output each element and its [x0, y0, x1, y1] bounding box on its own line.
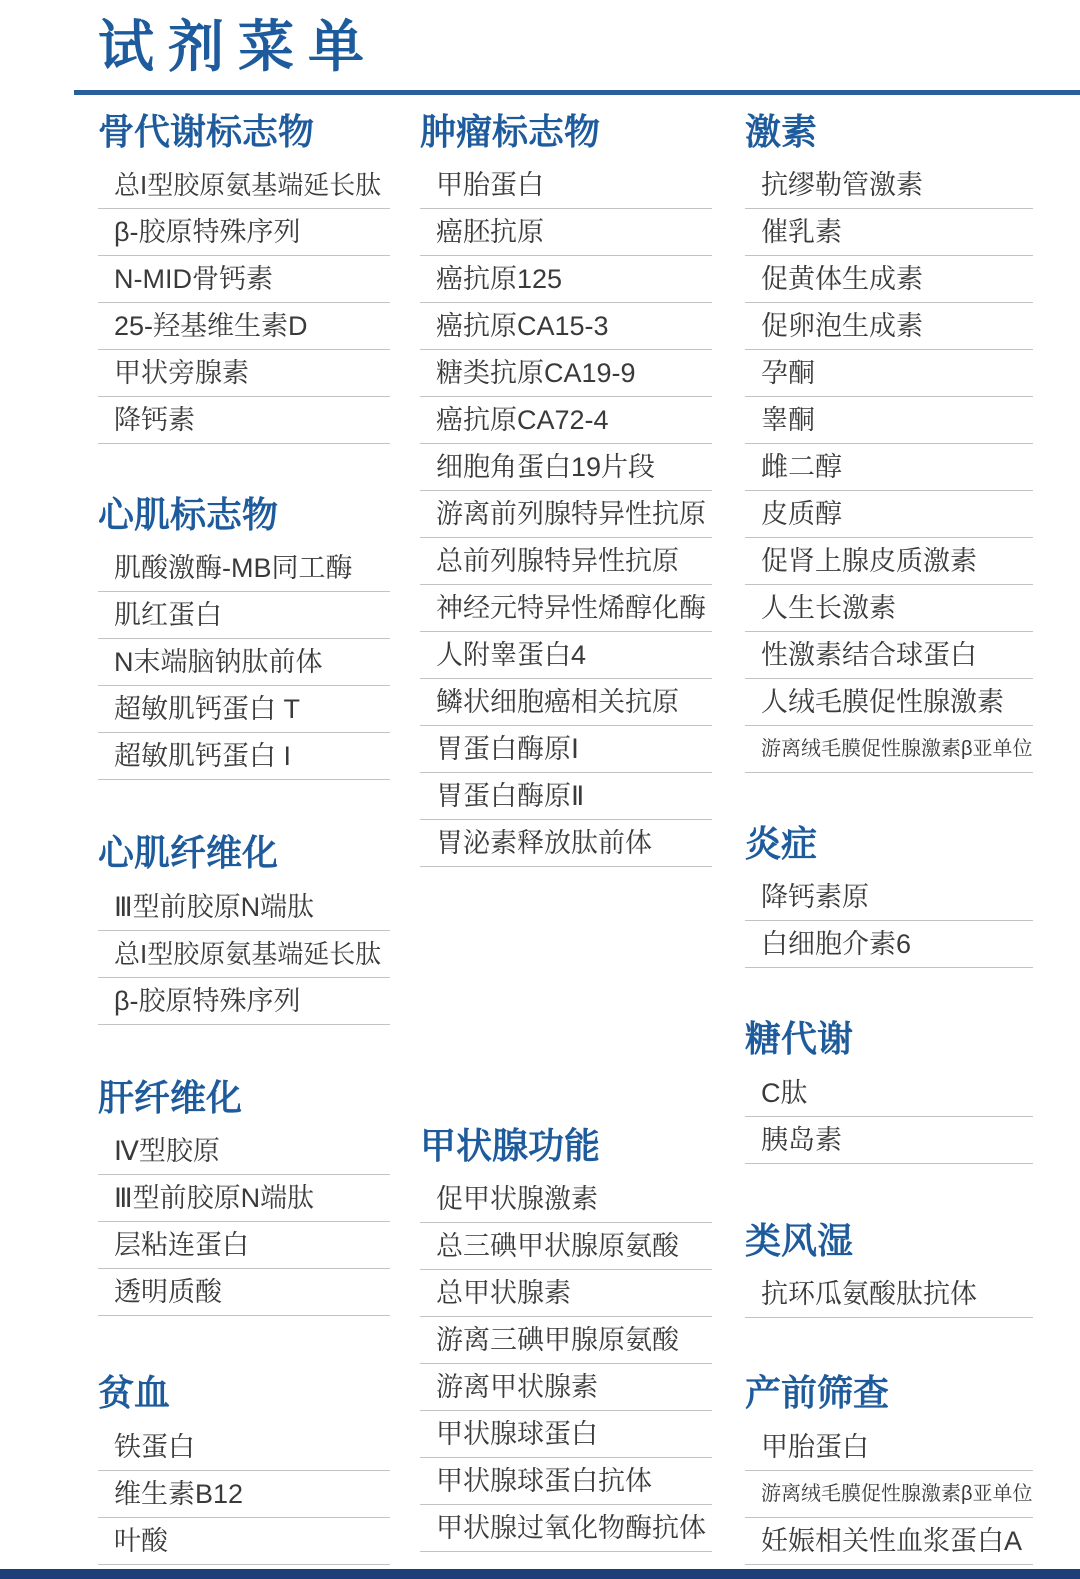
section-item-list: 总I型胶原氨基端延长肽β-胶原特殊序列N-MID骨钙素25-羟基维生素D甲状旁腺… [98, 162, 390, 444]
menu-columns: 骨代谢标志物总I型胶原氨基端延长肽β-胶原特殊序列N-MID骨钙素25-羟基维生… [98, 111, 1080, 1565]
list-item: 25-羟基维生素D [98, 303, 390, 350]
list-item: 超敏肌钙蛋白 I [98, 733, 390, 780]
page-title: 试剂菜单 [98, 16, 1080, 78]
list-item: 白细胞介素6 [745, 921, 1033, 968]
list-item: 催乳素 [745, 209, 1033, 256]
list-item: 促黄体生成素 [745, 256, 1033, 303]
column-bone-cardiac: 骨代谢标志物总I型胶原氨基端延长肽β-胶原特殊序列N-MID骨钙素25-羟基维生… [98, 111, 390, 1565]
list-item: 胃蛋白酶原Ⅰ [420, 726, 712, 773]
section-tumor-markers: 肿瘤标志物甲胎蛋白癌胚抗原癌抗原125癌抗原CA15-3糖类抗原CA19-9癌抗… [420, 111, 712, 867]
list-item: 总I型胶原氨基端延长肽 [98, 162, 390, 209]
list-item: 人生长激素 [745, 585, 1033, 632]
list-item: 总前列腺特异性抗原 [420, 538, 712, 585]
list-item: 总I型胶原氨基端延长肽 [98, 931, 390, 978]
section-inflammation: 炎症降钙素原白细胞介素6 [745, 823, 1033, 968]
list-item: 游离绒毛膜促性腺激素β亚单位 [745, 1471, 1033, 1518]
list-item: 游离绒毛膜促性腺激素β亚单位 [745, 726, 1033, 773]
section-item-list: 促甲状腺激素总三碘甲状腺原氨酸总甲状腺素游离三碘甲腺原氨酸游离甲状腺素甲状腺球蛋… [420, 1176, 712, 1552]
section-title: 糖代谢 [745, 1018, 1033, 1059]
section-cardiac-markers: 心肌标志物肌酸激酶-MB同工酶肌红蛋白N末端脑钠肽前体超敏肌钙蛋白 T超敏肌钙蛋… [98, 494, 390, 780]
list-item: 透明质酸 [98, 1269, 390, 1316]
list-item: 肌酸激酶-MB同工酶 [98, 545, 390, 592]
list-item: 促肾上腺皮质激素 [745, 538, 1033, 585]
section-title: 甲状腺功能 [420, 1125, 712, 1166]
list-item: 肌红蛋白 [98, 592, 390, 639]
section-title: 骨代谢标志物 [98, 111, 390, 152]
list-item: 甲状腺过氧化物酶抗体 [420, 1505, 712, 1552]
section-liver-fibrosis: 肝纤维化Ⅳ型胶原Ⅲ型前胶原N端肽层粘连蛋白透明质酸 [98, 1077, 390, 1316]
list-item: 降钙素 [98, 397, 390, 444]
section-title: 炎症 [745, 823, 1033, 864]
list-item: 睾酮 [745, 397, 1033, 444]
section-item-list: 铁蛋白维生素B12叶酸 [98, 1424, 390, 1565]
column-hormones-misc: 激素抗缪勒管激素催乳素促黄体生成素促卵泡生成素孕酮睾酮雌二醇皮质醇促肾上腺皮质激… [745, 111, 1033, 1565]
list-item: 人附睾蛋白4 [420, 632, 712, 679]
section-title: 心肌纤维化 [98, 832, 390, 873]
list-item: β-胶原特殊序列 [98, 209, 390, 256]
list-item: Ⅲ型前胶原N端肽 [98, 884, 390, 931]
list-item: 癌抗原CA15-3 [420, 303, 712, 350]
list-item: 促卵泡生成素 [745, 303, 1033, 350]
section-title: 心肌标志物 [98, 494, 390, 535]
list-item: 糖类抗原CA19-9 [420, 350, 712, 397]
list-item: 孕酮 [745, 350, 1033, 397]
section-title: 激素 [745, 111, 1033, 152]
column-tumor-thyroid: 肿瘤标志物甲胎蛋白癌胚抗原癌抗原125癌抗原CA15-3糖类抗原CA19-9癌抗… [420, 111, 712, 1553]
list-item: 胰岛素 [745, 1117, 1033, 1164]
list-item: 神经元特异性烯醇化酶 [420, 585, 712, 632]
list-item: N-MID骨钙素 [98, 256, 390, 303]
section-item-list: 抗缪勒管激素催乳素促黄体生成素促卵泡生成素孕酮睾酮雌二醇皮质醇促肾上腺皮质激素人… [745, 162, 1033, 773]
list-item: 雌二醇 [745, 444, 1033, 491]
list-item: 游离前列腺特异性抗原 [420, 491, 712, 538]
list-item: Ⅳ型胶原 [98, 1128, 390, 1175]
section-item-list: Ⅳ型胶原Ⅲ型前胶原N端肽层粘连蛋白透明质酸 [98, 1128, 390, 1316]
list-item: 甲状旁腺素 [98, 350, 390, 397]
list-item: 性激素结合球蛋白 [745, 632, 1033, 679]
list-item: 总三碘甲状腺原氨酸 [420, 1223, 712, 1270]
list-item: 维生素B12 [98, 1471, 390, 1518]
list-item: 癌抗原125 [420, 256, 712, 303]
list-item: 细胞角蛋白19片段 [420, 444, 712, 491]
list-item: β-胶原特殊序列 [98, 978, 390, 1025]
section-glucose-metabolism: 糖代谢C肽胰岛素 [745, 1018, 1033, 1163]
list-item: 抗环瓜氨酸肽抗体 [745, 1271, 1033, 1318]
section-anemia: 贫血铁蛋白维生素B12叶酸 [98, 1372, 390, 1564]
list-item: C肽 [745, 1070, 1033, 1117]
list-item: 降钙素原 [745, 874, 1033, 921]
section-item-list: 甲胎蛋白游离绒毛膜促性腺激素β亚单位妊娠相关性血浆蛋白A [745, 1424, 1033, 1565]
list-item: 甲胎蛋白 [745, 1424, 1033, 1471]
list-item: 皮质醇 [745, 491, 1033, 538]
section-title: 产前筛查 [745, 1372, 1033, 1413]
list-item: 胃蛋白酶原Ⅱ [420, 773, 712, 820]
section-title: 贫血 [98, 1372, 390, 1413]
section-prenatal-screening: 产前筛查甲胎蛋白游离绒毛膜促性腺激素β亚单位妊娠相关性血浆蛋白A [745, 1372, 1033, 1564]
list-item: 妊娠相关性血浆蛋白A [745, 1518, 1033, 1565]
section-item-list: C肽胰岛素 [745, 1070, 1033, 1164]
list-item: 总甲状腺素 [420, 1270, 712, 1317]
list-item: 层粘连蛋白 [98, 1222, 390, 1269]
list-item: 抗缪勒管激素 [745, 162, 1033, 209]
list-item: 鳞状细胞癌相关抗原 [420, 679, 712, 726]
list-item: N末端脑钠肽前体 [98, 639, 390, 686]
list-item: 癌胚抗原 [420, 209, 712, 256]
section-thyroid-function: 甲状腺功能促甲状腺激素总三碘甲状腺原氨酸总甲状腺素游离三碘甲腺原氨酸游离甲状腺素… [420, 1125, 712, 1552]
title-divider [74, 90, 1080, 95]
section-bone-metabolism-markers: 骨代谢标志物总I型胶原氨基端延长肽β-胶原特殊序列N-MID骨钙素25-羟基维生… [98, 111, 390, 444]
list-item: 人绒毛膜促性腺激素 [745, 679, 1033, 726]
list-item: 胃泌素释放肽前体 [420, 820, 712, 867]
bottom-bar [0, 1569, 1080, 1579]
section-item-list: 肌酸激酶-MB同工酶肌红蛋白N末端脑钠肽前体超敏肌钙蛋白 T超敏肌钙蛋白 I [98, 545, 390, 780]
list-item: 超敏肌钙蛋白 T [98, 686, 390, 733]
list-item: 叶酸 [98, 1518, 390, 1565]
section-item-list: 甲胎蛋白癌胚抗原癌抗原125癌抗原CA15-3糖类抗原CA19-9癌抗原CA72… [420, 162, 712, 867]
section-rheumatoid: 类风湿抗环瓜氨酸肽抗体 [745, 1220, 1033, 1318]
section-title: 肿瘤标志物 [420, 111, 712, 152]
reagent-menu-page: 试剂菜单 骨代谢标志物总I型胶原氨基端延长肽β-胶原特殊序列N-MID骨钙素25… [0, 0, 1080, 1579]
list-item: 铁蛋白 [98, 1424, 390, 1471]
list-item: 甲胎蛋白 [420, 162, 712, 209]
list-item: 游离三碘甲腺原氨酸 [420, 1317, 712, 1364]
section-hormones: 激素抗缪勒管激素催乳素促黄体生成素促卵泡生成素孕酮睾酮雌二醇皮质醇促肾上腺皮质激… [745, 111, 1033, 773]
section-myocardial-fibrosis: 心肌纤维化Ⅲ型前胶原N端肽总I型胶原氨基端延长肽β-胶原特殊序列 [98, 832, 390, 1024]
section-item-list: Ⅲ型前胶原N端肽总I型胶原氨基端延长肽β-胶原特殊序列 [98, 884, 390, 1025]
list-item: 甲状腺球蛋白抗体 [420, 1458, 712, 1505]
list-item: Ⅲ型前胶原N端肽 [98, 1175, 390, 1222]
list-item: 促甲状腺激素 [420, 1176, 712, 1223]
page-header: 试剂菜单 [0, 0, 1080, 78]
section-item-list: 抗环瓜氨酸肽抗体 [745, 1271, 1033, 1318]
list-item: 癌抗原CA72-4 [420, 397, 712, 444]
section-item-list: 降钙素原白细胞介素6 [745, 874, 1033, 968]
list-item: 甲状腺球蛋白 [420, 1411, 712, 1458]
section-title: 类风湿 [745, 1220, 1033, 1261]
section-title: 肝纤维化 [98, 1077, 390, 1118]
list-item: 游离甲状腺素 [420, 1364, 712, 1411]
